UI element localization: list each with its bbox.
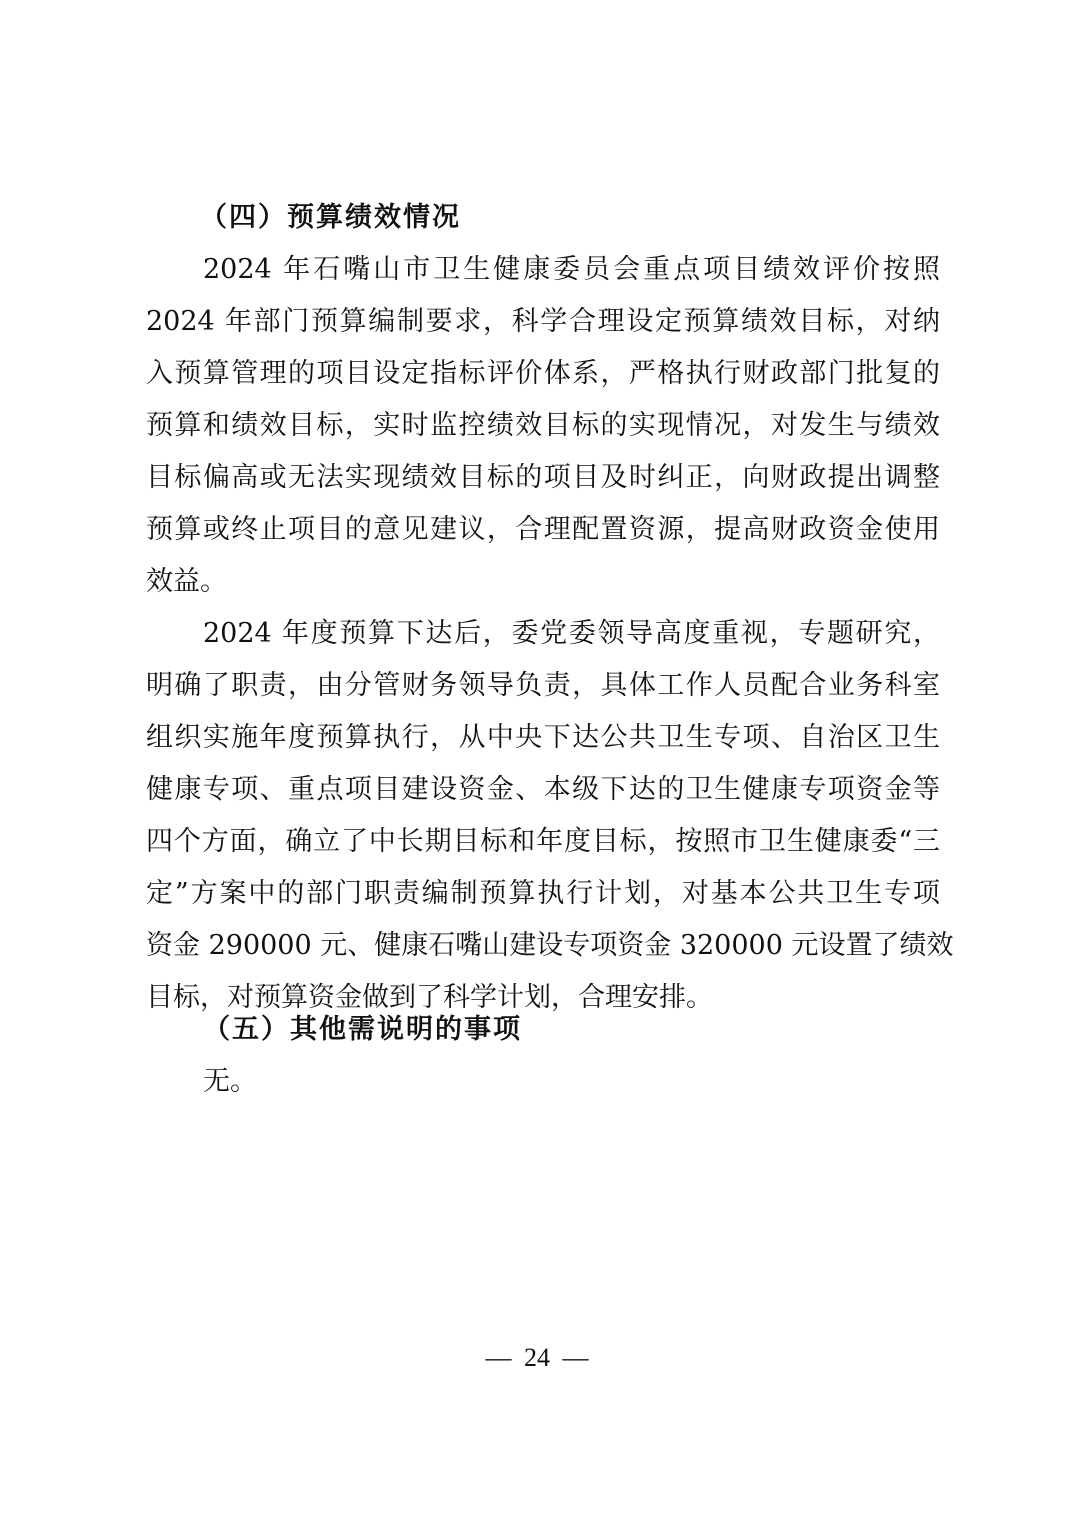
page-number: — 24 — bbox=[0, 1340, 1074, 1376]
paragraph-line: 明确了职责，由分管财务领导负责，具体工作人员配合业务科室 bbox=[146, 666, 940, 706]
paragraph-line: 定”方案中的部门职责编制预算执行计划，对基本公共卫生专项 bbox=[146, 874, 940, 914]
paragraph-line: 2024 年部门预算编制要求，科学合理设定预算绩效目标，对纳 bbox=[146, 302, 940, 342]
paragraph-line: 2024 年度预算下达后，委党委领导高度重视，专题研究， bbox=[203, 614, 940, 654]
section-heading-other-matters: （五）其他需说明的事项 bbox=[203, 1010, 522, 1050]
paragraph-line: 目标偏高或无法实现绩效目标的项目及时纠正，向财政提出调整 bbox=[146, 458, 940, 498]
paragraph-line: 组织实施年度预算执行，从中央下达公共卫生专项、自治区卫生 bbox=[146, 718, 940, 758]
document-page: （四）预算绩效情况 2024 年石嘴山市卫生健康委员会重点项目绩效评价按照 20… bbox=[0, 0, 1074, 1520]
paragraph-line: 无。 bbox=[203, 1062, 940, 1102]
paragraph-line: 入预算管理的项目设定指标评价体系，严格执行财政部门批复的 bbox=[146, 354, 940, 394]
paragraph-line: 健康专项、重点项目建设资金、本级下达的卫生健康专项资金等 bbox=[146, 770, 940, 810]
section-heading-budget-performance: （四）预算绩效情况 bbox=[200, 198, 461, 238]
paragraph-line: 预算和绩效目标，实时监控绩效目标的实现情况，对发生与绩效 bbox=[146, 406, 940, 446]
paragraph-line: 效益。 bbox=[146, 562, 940, 602]
paragraph-line: 2024 年石嘴山市卫生健康委员会重点项目绩效评价按照 bbox=[203, 250, 940, 290]
paragraph-line: 资金 290000 元、健康石嘴山建设专项资金 320000 元设置了绩效 bbox=[146, 926, 940, 966]
paragraph-line: 四个方面，确立了中长期目标和年度目标，按照市卫生健康委“三 bbox=[146, 822, 940, 862]
paragraph-line: 预算或终止项目的意见建议，合理配置资源，提高财政资金使用 bbox=[146, 510, 940, 550]
